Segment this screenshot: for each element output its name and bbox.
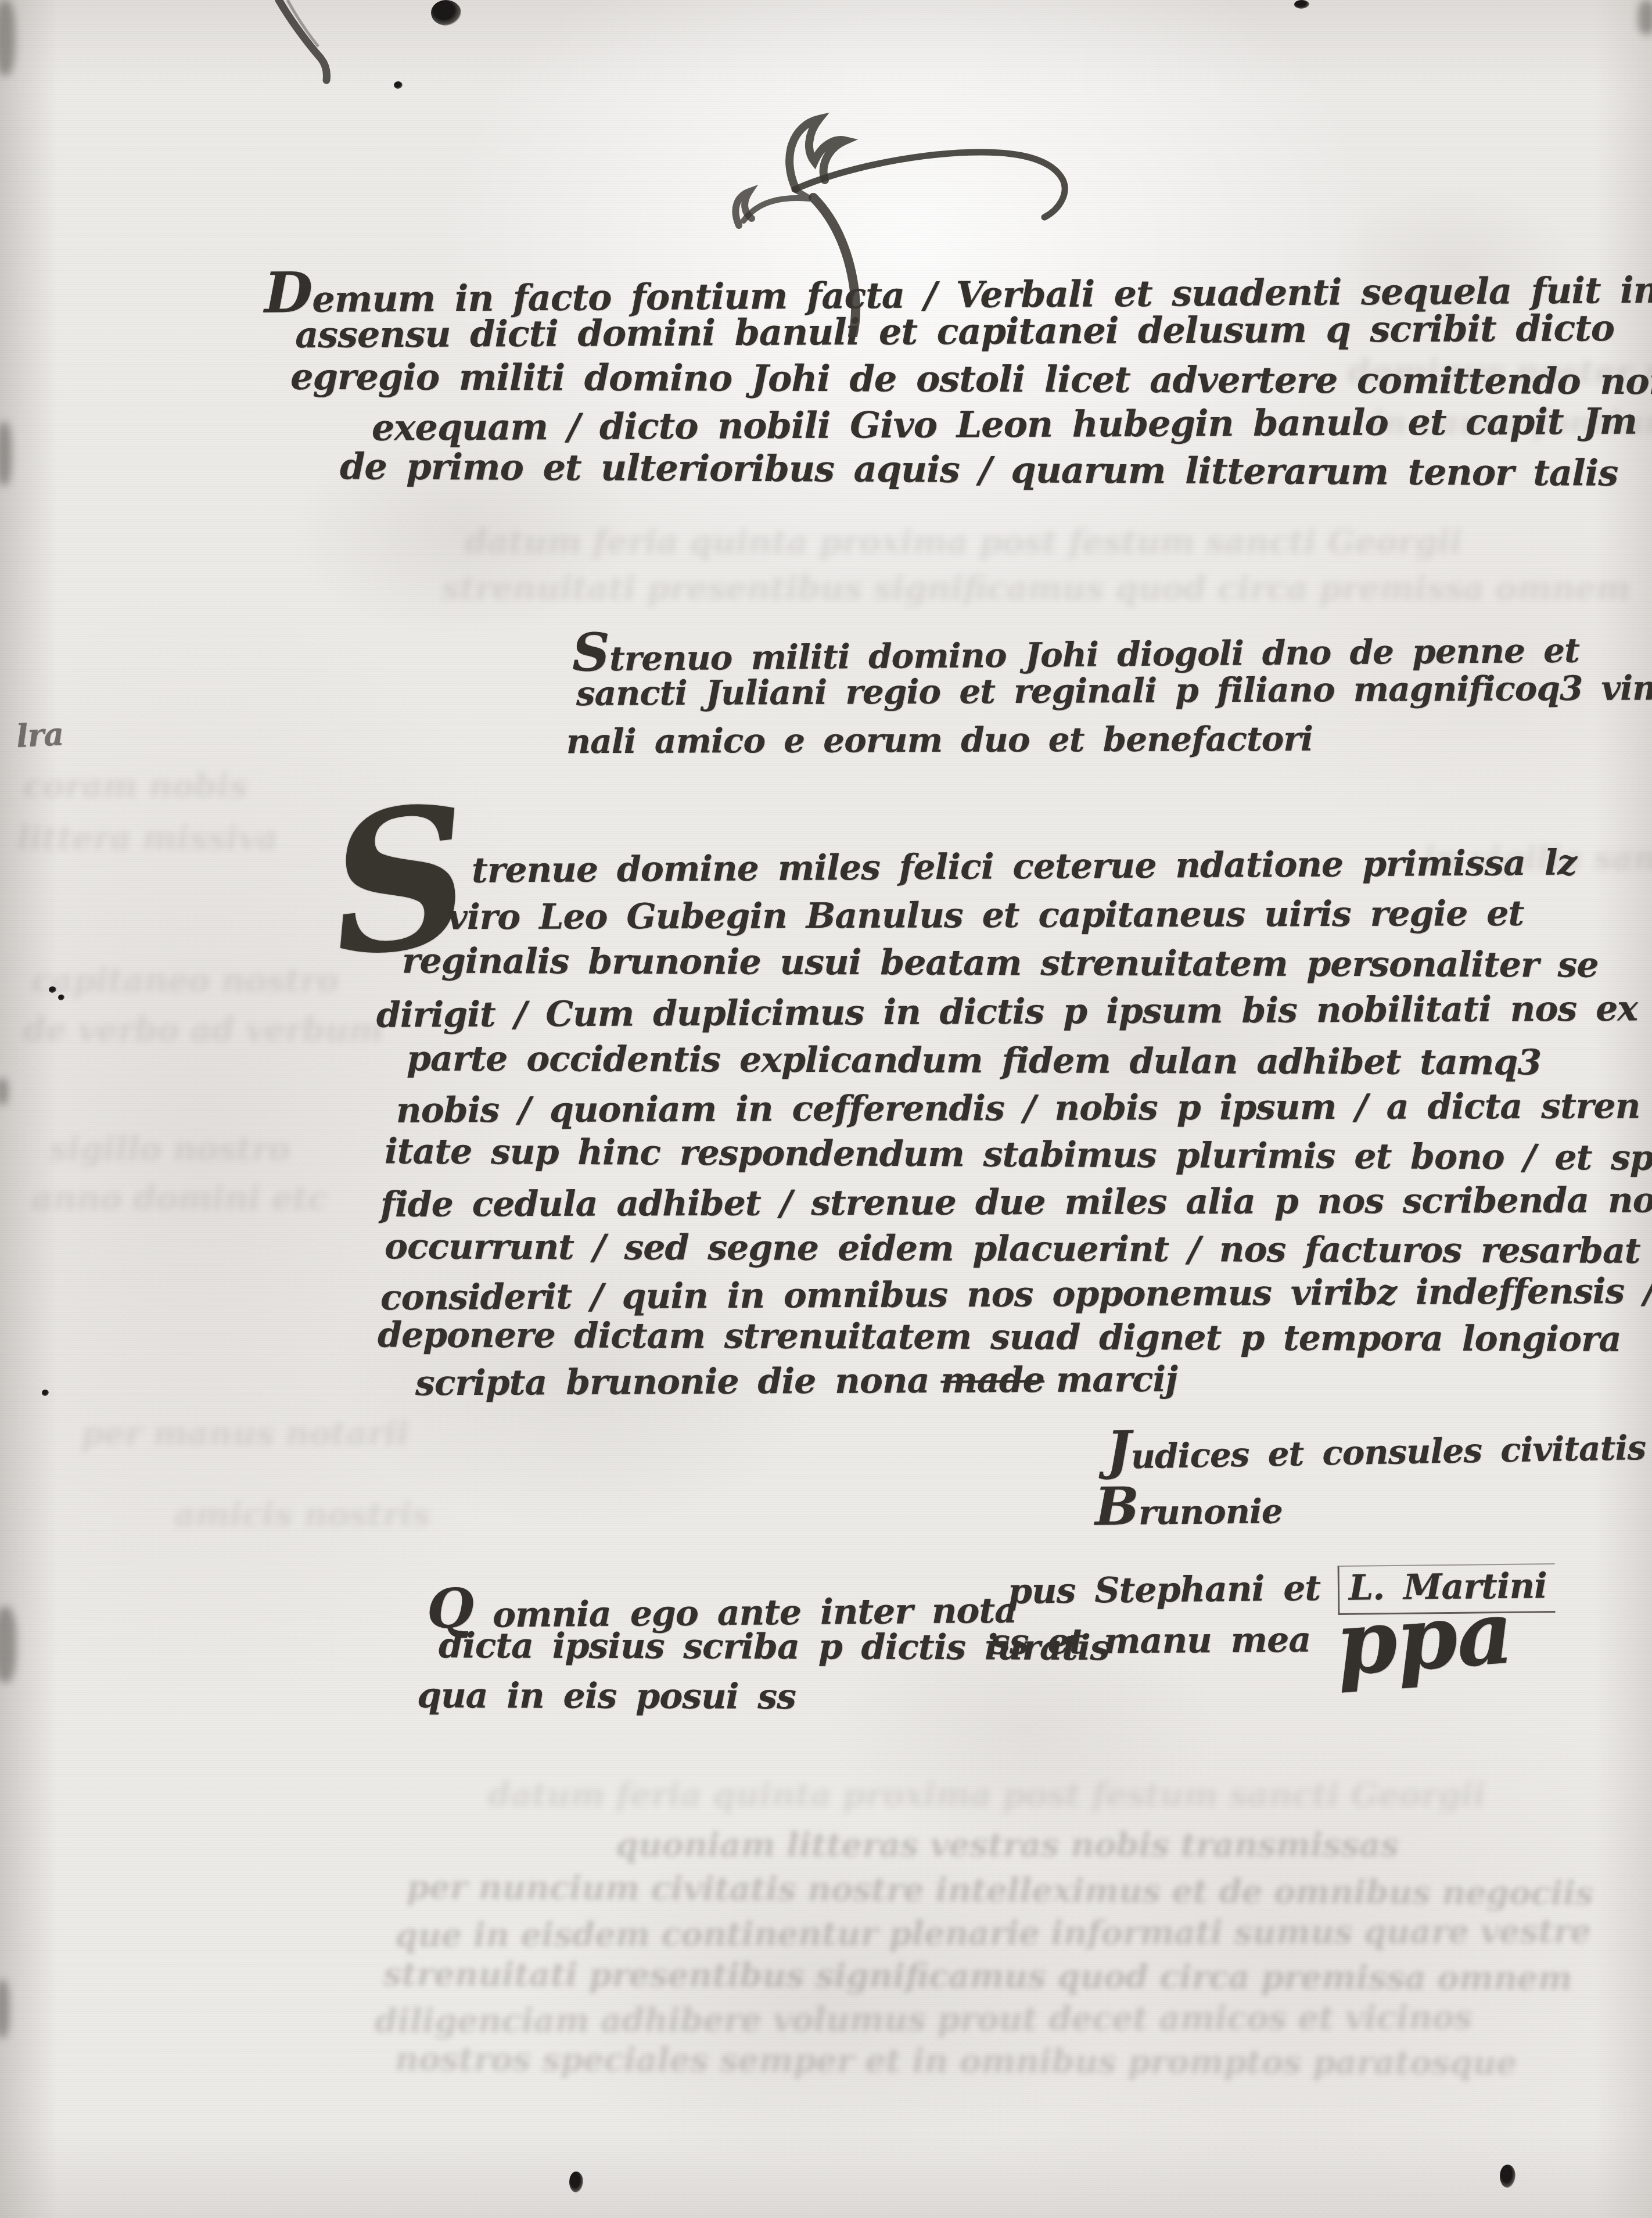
bleedthrough-line: per manus notarii — [81, 1417, 409, 1450]
manuscript-line: deponere dictam strenuitatem suad dignet… — [378, 1318, 1621, 1356]
closing-text: pus Stephani et — [1008, 1568, 1321, 1612]
manuscript-line: de primo et ulterioribus aquis / quarum … — [340, 448, 1618, 491]
struck-word: made — [940, 1360, 1044, 1401]
wormhole — [42, 1390, 49, 1396]
address-line: nali amico e eorum duo et benefactori — [566, 722, 1313, 758]
dateline-text: scripta brunonie die nona — [415, 1361, 929, 1404]
manuscript-line: exequam / dicto nobili Givo Leon hubegin… — [372, 403, 1637, 446]
ink-blot — [431, 0, 461, 26]
manuscript-line: itate sup hinc respondendum stabimus plu… — [385, 1134, 1652, 1176]
wormhole — [1500, 2165, 1515, 2188]
manuscript-line: viro Leo Gubegin Banulus et capitaneus u… — [447, 896, 1524, 935]
manuscript-line: considerit / quin in omnibus nos opponem… — [380, 1273, 1652, 1315]
wormhole — [49, 986, 56, 993]
manuscript-line: nobis / quoniam in cefferendis / nobis p… — [396, 1089, 1640, 1128]
bleedthrough-line: anno domini etc — [32, 1182, 328, 1215]
bleedthrough-line: capitaneo nostro — [32, 964, 339, 997]
manuscript-line: fide cedula adhibet / strenue due miles … — [380, 1183, 1652, 1222]
bleedthrough-line: per nuncium civitatis nostre intelleximu… — [407, 1871, 1594, 1910]
bleedthrough-line: sigillo nostro — [49, 1133, 290, 1165]
closing-line-right: ss et manu mea — [990, 1623, 1311, 1660]
closing-line: qua in eis posui ss — [417, 1678, 796, 1714]
ink-speck — [1294, 0, 1309, 9]
edge-smudge — [0, 422, 12, 486]
dateline-text: marcij — [1056, 1359, 1177, 1401]
wormhole — [569, 2172, 583, 2192]
bleedthrough-line: littera missiva — [17, 822, 278, 855]
manuscript-line: reginalis brunonie usui beatam strenuita… — [402, 943, 1599, 982]
manuscript-page: { "doc": { "margin_note": "lra", "openin… — [0, 0, 1652, 2218]
signature-line: Judices et consules civitatis — [1106, 1416, 1646, 1477]
ink-speck — [394, 81, 403, 89]
wormhole — [58, 995, 64, 1000]
manuscript-line: egregio militi domino Johi de ostoli lic… — [290, 359, 1652, 400]
bleedthrough-line: strenuitati presentibus significamus quo… — [383, 1958, 1572, 1994]
bleedthrough-line: datum feria quinta proxima post festum s… — [465, 526, 1463, 558]
bleedthrough-line: amicis nostris — [174, 1499, 430, 1531]
bleedthrough-line: que in eisdem continentur plenarie infor… — [395, 1915, 1591, 1951]
paper-tear-mark — [256, 0, 372, 99]
edge-smudge — [1638, 0, 1652, 35]
edge-smudge — [0, 1980, 9, 2038]
bleedthrough-line: diligenciam adhibere volumus prout decet… — [375, 2001, 1473, 2038]
notary-ppa-flourish: ppa — [1333, 1589, 1515, 1688]
bleedthrough-line: datum feria quinta proxima post festum s… — [488, 1779, 1486, 1811]
manuscript-line: occurrunt / sed segne eidem placuerint /… — [385, 1229, 1640, 1269]
dateline: scripta brunonie die nonamademarcij — [415, 1362, 1177, 1401]
calligraphic-flourish — [726, 87, 1133, 337]
manuscript-line: dirigit / Cum duplicimus in dictis p ips… — [376, 991, 1637, 1032]
edge-smudge — [0, 1607, 16, 1682]
manuscript-line: parte occidentis explicandum fidem dulan… — [407, 1042, 1541, 1081]
bleedthrough-line: coram nobis — [23, 770, 247, 802]
bleedthrough-line: de verbo ad verbum — [23, 1014, 383, 1046]
manuscript-line: trenue domine miles felici ceterue ndati… — [472, 845, 1576, 888]
signature-line: Brunonie — [1095, 1479, 1283, 1533]
bleedthrough-line: strenuitati presentibus significamus quo… — [441, 572, 1631, 605]
bleedthrough-line: nostros speciales semper et in omnibus p… — [395, 2043, 1517, 2080]
margin-note: lra — [16, 718, 64, 752]
edge-smudge — [0, 1078, 8, 1105]
bleedthrough-line: quoniam litteras vestras nobis transmiss… — [616, 1829, 1399, 1861]
address-line: sancti Juliani regio et reginali p filia… — [576, 671, 1652, 710]
edge-smudge — [0, 0, 15, 76]
